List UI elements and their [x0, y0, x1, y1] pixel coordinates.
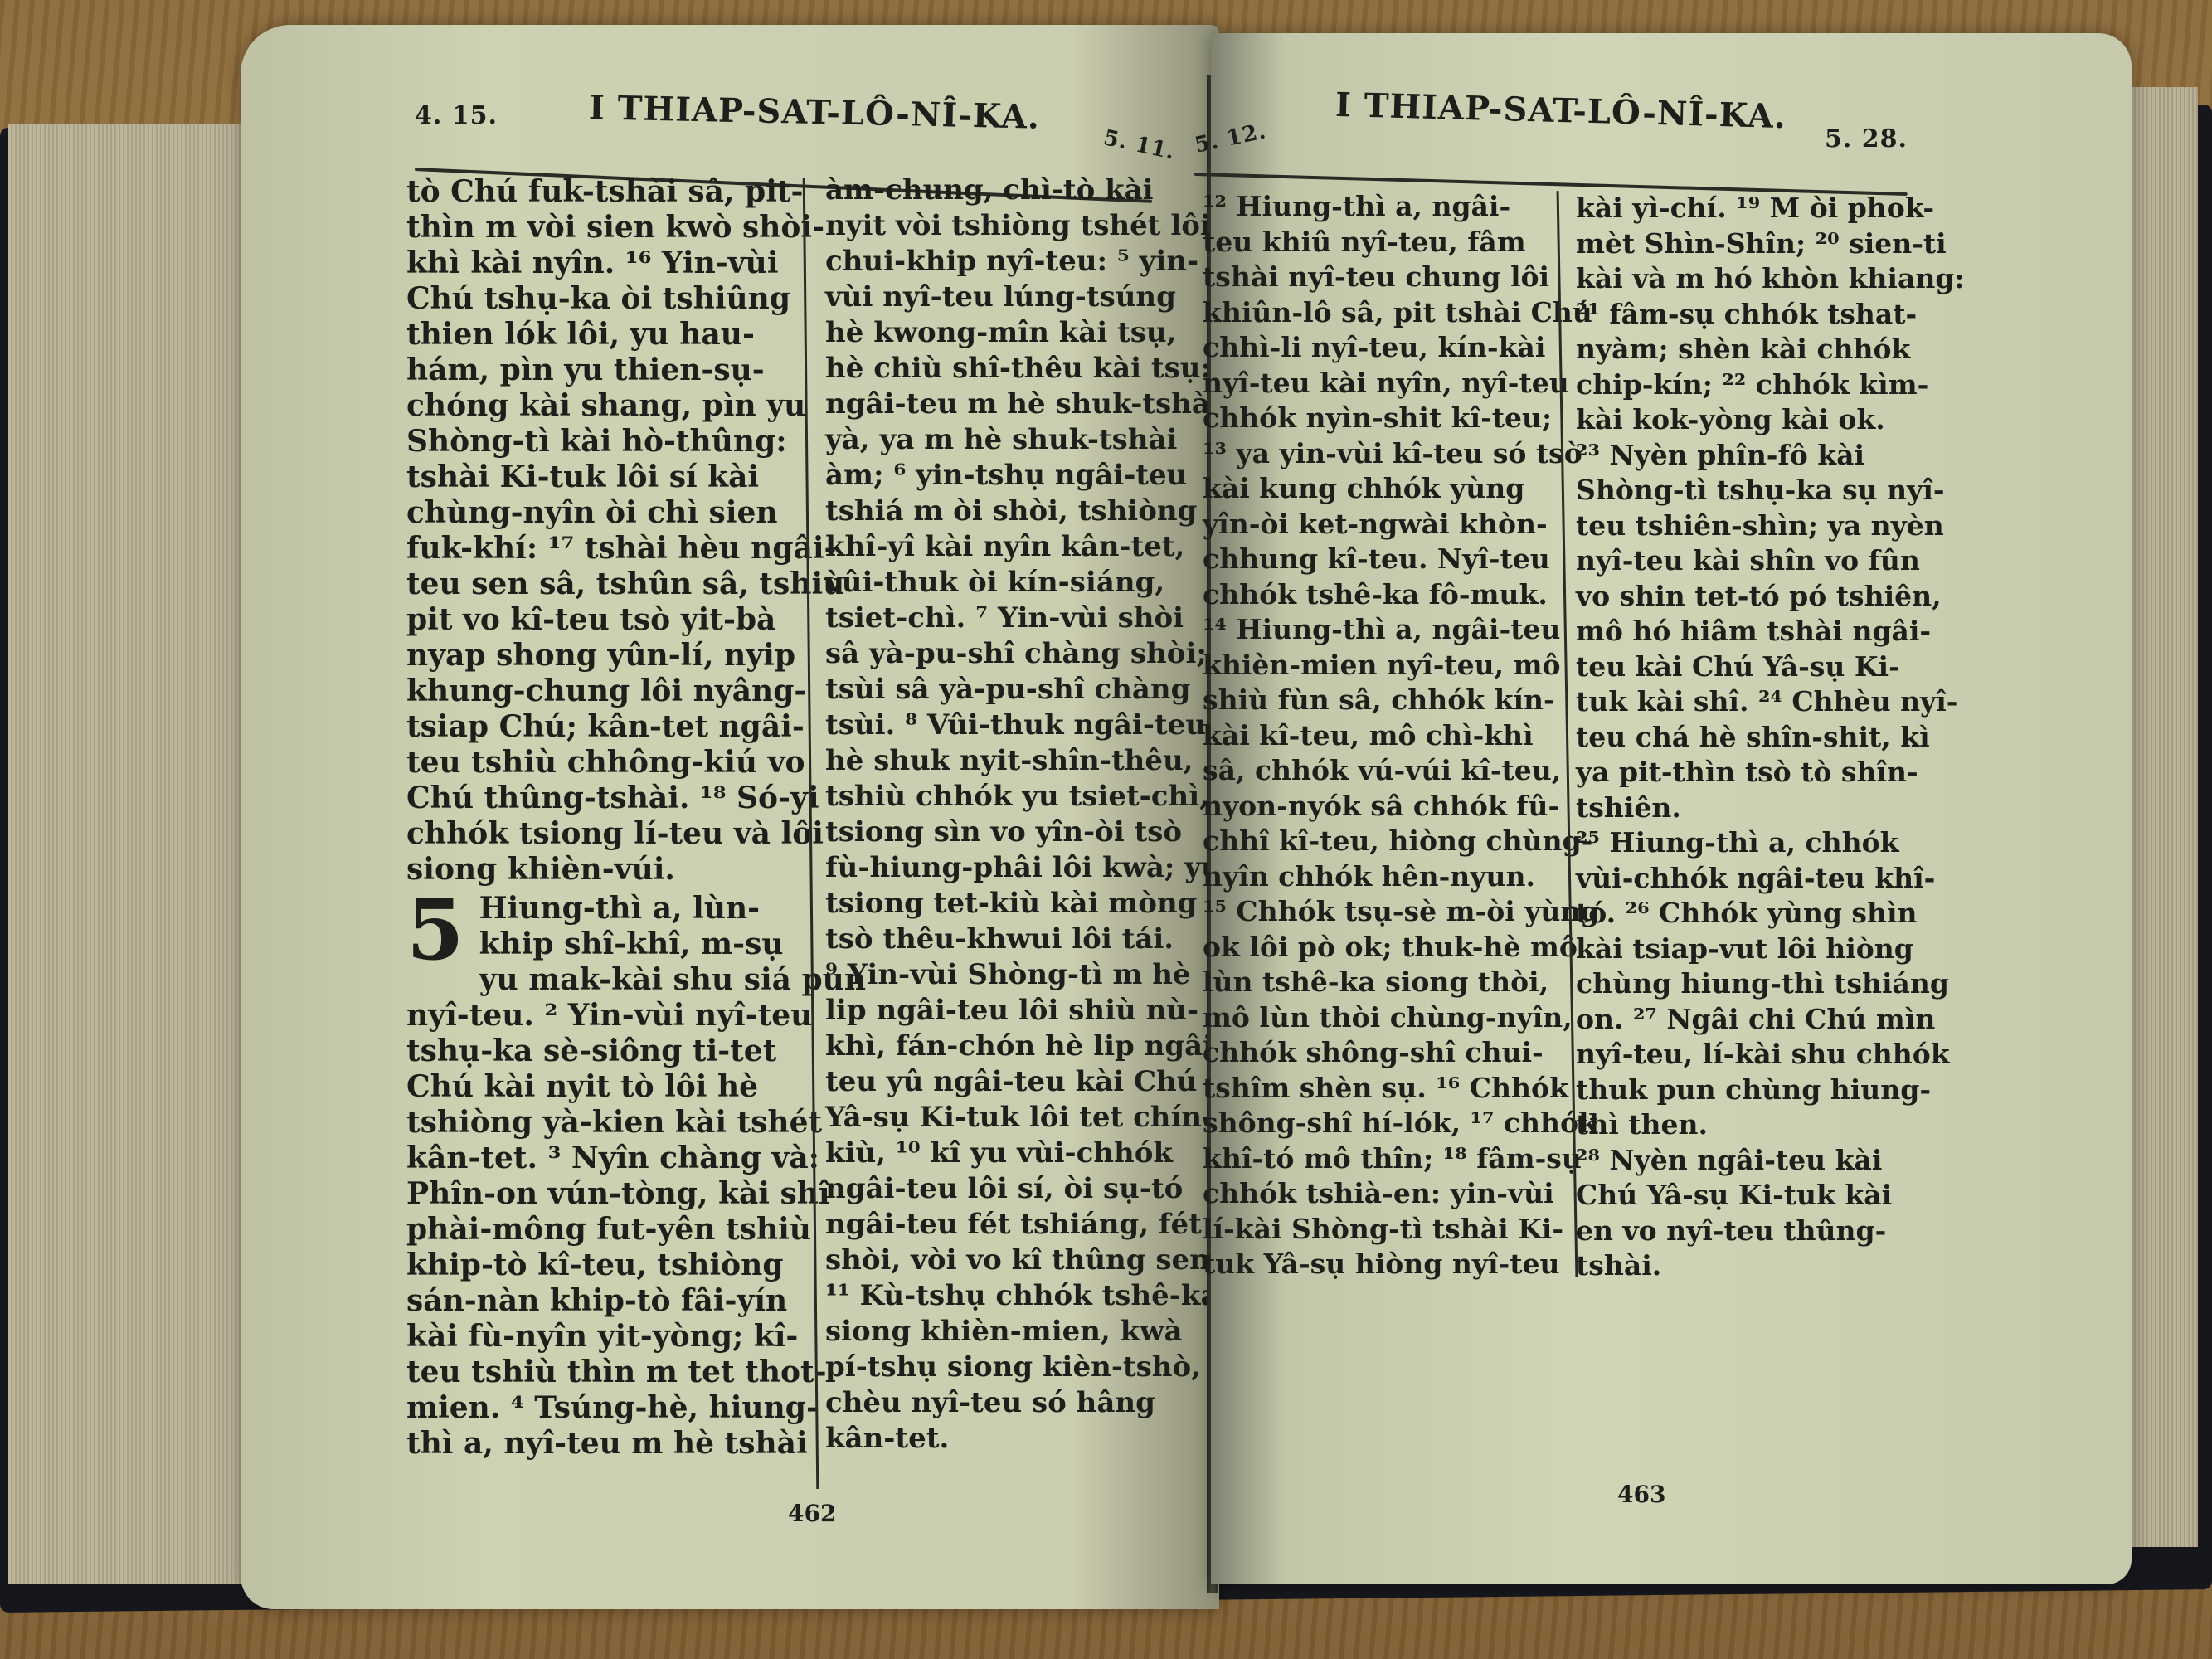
text-line: chùng hiung-thì tshiáng	[1576, 966, 1924, 1002]
text-line: kài kok-yòng kài ok.	[1576, 402, 1924, 438]
text-line: ngâi-teu lôi sí, òi sụ-tó	[825, 1171, 1207, 1207]
text-line: ⁹ Yin-vùi Shòng-tì m hè	[825, 957, 1207, 993]
text-line: ngâi-teu m hè shuk-tshài	[825, 387, 1207, 422]
text-line: hè chiù shî-thêu kài tsụ:	[825, 351, 1207, 387]
left-page-running-title: I THIAP-SAT-LÔ-NÎ-KA.	[589, 88, 1041, 136]
text-line: tshîm shèn sụ. ¹⁶ Chhók	[1203, 1071, 1555, 1107]
right-page: 5. 12. I THIAP-SAT-LÔ-NÎ-KA. 5. 28. ¹² H…	[1211, 33, 2132, 1584]
text-line: chhì-li nyî-teu, kín-kài	[1203, 330, 1555, 366]
text-line: tshài Ki-tuk lôi sí kài	[406, 460, 796, 495]
text-line: nyî-teu kài shîn vo fûn	[1576, 543, 1924, 579]
text-line: teu tshiên-shìn; ya nyèn	[1576, 508, 1924, 544]
left-page-column-2: àm-chung, chì-tò kàinyit vòi tshiòng tsh…	[825, 173, 1207, 1457]
text-line: nyon-nyók sâ chhók fû-	[1203, 789, 1555, 825]
text-line: Yâ-sụ Ki-tuk lôi tet chín-	[825, 1100, 1207, 1136]
text-line: tsiong sìn vo yîn-òi tsò	[825, 815, 1207, 850]
text-line: ok lôi pò ok; thuk-hè mô	[1203, 930, 1555, 966]
text-line: hám, pìn yu thien-sụ-	[406, 353, 796, 388]
text-line: nyit vòi tshiòng tshét lôi	[825, 208, 1207, 244]
text-line: tshiù chhók yu tsiet-chì,	[825, 779, 1207, 815]
text-line: thì then.	[1576, 1107, 1924, 1143]
text-line: shông-shî hí-lók, ¹⁷ chhók	[1203, 1106, 1555, 1141]
text-line: Chú tshụ-ka òi tshiûng	[406, 281, 796, 317]
text-line: ²³ Nyèn phîn-fô kài	[1576, 438, 1924, 474]
text-line: chèu nyî-teu só hâng	[825, 1385, 1207, 1421]
text-line: chùng-nyîn òi chì sien	[406, 495, 796, 531]
text-line: teu kài Chú Yâ-sụ Ki-	[1576, 649, 1924, 685]
text-line: àm; ⁶ yin-tshụ ngâi-teu	[825, 458, 1207, 494]
text-line: khung-chung lôi nyâng-	[406, 674, 796, 709]
text-line: khì, fán-chón hè lip ngâi-	[825, 1029, 1207, 1064]
text-line: vùi-chhók ngâi-teu khî-	[1576, 861, 1924, 897]
text-line: teu yû ngâi-teu kài Chú	[825, 1064, 1207, 1100]
text-line: chhî kî-teu, hiòng chùng-	[1203, 824, 1555, 859]
text-line: shiù fùn sâ, chhók kín-	[1203, 683, 1555, 718]
text-line: tó. ²⁶ Chhók yùng shìn	[1576, 896, 1924, 932]
text-line: sán-nàn khip-tò fâi-yín	[406, 1283, 796, 1319]
text-line: Chú thûng-tshài. ¹⁸ Só-yi	[406, 781, 796, 816]
text-line: teu tshiù chhông-kiú vo	[406, 745, 796, 781]
text-line: kân-tet.	[825, 1421, 1207, 1457]
text-line: ¹¹ Kù-tshụ chhók tshê-ka	[825, 1278, 1207, 1314]
text-line: khì kài nyîn. ¹⁶ Yin-vùi	[406, 246, 796, 281]
right-page-verse-ref-end: 5. 28.	[1825, 124, 1908, 153]
text-line: ²¹ fâm-sụ chhók tshat-	[1576, 297, 1924, 333]
text-line: tsiap Chú; kân-tet ngâi-	[406, 709, 796, 745]
text-line: tsùi sâ yà-pu-shî chàng	[825, 672, 1207, 708]
text-line: chhung kî-teu. Nyî-teu	[1203, 542, 1555, 577]
text-line: chui-khip nyî-teu: ⁵ yin-	[825, 244, 1207, 280]
text-line: teu tshiù thìn m tet thot-	[406, 1355, 796, 1390]
page-number-463: 463	[1617, 1481, 1665, 1508]
text-line: khî-tó mô thîn; ¹⁸ fâm-sụ	[1203, 1141, 1555, 1177]
text-line: tuk Yâ-sụ hiòng nyî-teu	[1203, 1247, 1555, 1282]
text-line: hè shuk nyit-shîn-thêu,	[825, 743, 1207, 779]
text-line: lùn tshê-ka siong thòi,	[1203, 965, 1555, 1000]
text-line: kài kung chhók yùng	[1203, 471, 1555, 507]
text-line: tsùi. ⁸ Vûi-thuk ngâi-teu	[825, 708, 1207, 743]
text-line: khiûn-lô sâ, pit tshài Chú	[1203, 295, 1555, 331]
text-line: khî-yî kài nyîn kân-tet,	[825, 529, 1207, 565]
text-line: nyî-teu, lí-kài shu chhók	[1576, 1037, 1924, 1073]
text-line: kân-tet. ³ Nyîn chàng và:	[406, 1141, 796, 1176]
column-text: àm-chung, chì-tò kàinyit vòi tshiòng tsh…	[825, 173, 1207, 1457]
text-line: vùi nyî-teu lúng-tsúng	[825, 280, 1207, 315]
text-line: kài tsiap-vut lôi hiòng	[1576, 932, 1924, 967]
left-page-column-1: tò Chú fuk-tshài sâ, pit-thìn m vòi sien…	[406, 174, 796, 1462]
column-text: ¹² Hiung-thì a, ngâi-teu khiû nyî-teu, f…	[1203, 189, 1555, 1282]
text-line: on. ²⁷ Ngâi chi Chú mìn	[1576, 1002, 1924, 1038]
text-line: tshiá m òi shòi, tshiòng	[825, 494, 1207, 529]
text-line: ¹³ ya yin-vùi kî-teu só tsò	[1203, 436, 1555, 472]
text-line: khip-tò kî-teu, tshiòng	[406, 1248, 796, 1283]
text-line: Chú Yâ-sụ Ki-tuk kài	[1576, 1178, 1924, 1214]
text-line: tshài.	[1576, 1248, 1924, 1284]
column-text: tò Chú fuk-tshài sâ, pit-thìn m vòi sien…	[406, 174, 796, 888]
text-line: thien lók lôi, yu hau-	[406, 317, 796, 353]
text-line: mien. ⁴ Tsúng-hè, hiung-	[406, 1390, 796, 1426]
text-line: shòi, vòi vo kî thûng sen.	[825, 1243, 1207, 1278]
column-text: kài yì-chí. ¹⁹ M òi phok-mèt Shìn-Shîn; …	[1576, 191, 1924, 1284]
text-line: sâ, chhók vú-vúi kî-teu,	[1203, 753, 1555, 789]
text-line: khip shî-khî, m-sụ	[406, 927, 796, 962]
text-line: tsiet-chì. ⁷ Yin-vùi shòi	[825, 601, 1207, 636]
text-line: hè kwong-mîn kài tsụ,	[825, 315, 1207, 351]
text-line: teu chá hè shîn-shit, kì	[1576, 720, 1924, 756]
text-line: Chú kài nyit tò lôi hè	[406, 1069, 796, 1105]
text-line: tuk kài shî. ²⁴ Chhèu nyî-	[1576, 684, 1924, 720]
text-line: mèt Shìn-Shîn; ²⁰ sien-ti	[1576, 226, 1924, 262]
text-line: àm-chung, chì-tò kài	[825, 173, 1207, 208]
text-line: vo shin tet-tó pó tshiên,	[1576, 579, 1924, 615]
text-line: Shòng-tì kài hò-thûng:	[406, 424, 796, 460]
text-line: mô lùn thòi chùng-nyîn,	[1203, 1000, 1555, 1036]
text-line: tshụ-ka sè-siông ti-tet	[406, 1034, 796, 1069]
text-line: khièn-mien nyî-teu, mô	[1203, 648, 1555, 684]
right-page-running-title: I THIAP-SAT-LÔ-NÎ-KA.	[1334, 85, 1787, 136]
text-line: kiù, ¹⁰ kî yu vùi-chhók	[825, 1136, 1207, 1171]
text-line: tshiên.	[1576, 791, 1924, 826]
text-line: pit vo kî-teu tsò yit-bà	[406, 602, 796, 638]
chapter-number: 5	[406, 894, 464, 966]
text-line: tò Chú fuk-tshài sâ, pit-	[406, 174, 796, 210]
text-line: ngâi-teu fét tshiáng, fét	[825, 1207, 1207, 1243]
text-line: kài fù-nyîn yit-yòng; kî-	[406, 1319, 796, 1355]
text-line: pí-tshụ siong kièn-tshò,	[825, 1350, 1207, 1385]
text-line: nyàm; shèn kài chhók	[1576, 332, 1924, 367]
text-line: nyap shong yûn-lí, nyip	[406, 638, 796, 674]
left-page: 4. 15. I THIAP-SAT-LÔ-NÎ-KA. 5. 11. tò C…	[241, 25, 1219, 1609]
text-line: teu khiû nyî-teu, fâm	[1203, 225, 1555, 260]
text-line: kài yì-chí. ¹⁹ M òi phok-	[1576, 191, 1924, 226]
left-page-verse-ref-end: 5. 11.	[1101, 125, 1178, 165]
right-page-column-1: ¹² Hiung-thì a, ngâi-teu khiû nyî-teu, f…	[1203, 189, 1555, 1282]
text-line: nyîn chhók hên-nyun.	[1203, 859, 1555, 895]
text-line: chip-kín; ²² chhók kìm-	[1576, 367, 1924, 403]
text-line: tshiòng yà-kien kài tshét	[406, 1105, 796, 1141]
text-line: ¹⁴ Hiung-thì a, ngâi-teu	[1203, 612, 1555, 648]
text-line: thuk pun chùng hiung-	[1576, 1073, 1924, 1108]
text-line: chóng kài shang, pìn yu	[406, 388, 796, 424]
text-line: fù-hiung-phâi lôi kwà; yu	[825, 850, 1207, 886]
text-line: tshài nyî-teu chung lôi	[1203, 260, 1555, 295]
text-line: chhók nyìn-shit kî-teu;	[1203, 401, 1555, 436]
text-line: nyî-teu kài nyîn, nyî-teu	[1203, 366, 1555, 401]
text-line: chhók tshià-en: yin-vùi	[1203, 1176, 1555, 1212]
text-line: teu sen sâ, tshûn sâ, tshiù	[406, 567, 796, 602]
text-line: yîn-òi ket-ngwài khòn-	[1203, 507, 1555, 542]
text-line: kài và m hó khòn khiang:	[1576, 261, 1924, 297]
text-line: Shòng-tì tshụ-ka sụ nyî-	[1576, 473, 1924, 508]
text-line: phài-mông fut-yên tshiù	[406, 1212, 796, 1248]
text-line: mô hó hiâm tshài ngâi-	[1576, 614, 1924, 649]
text-line: nyî-teu. ² Yin-vùi nyî-teu	[406, 998, 796, 1034]
text-line: ¹² Hiung-thì a, ngâi-	[1203, 189, 1555, 225]
text-line: ²⁸ Nyèn ngâi-teu kài	[1576, 1143, 1924, 1179]
text-line: chhók tsiong lí-teu và lôi	[406, 816, 796, 852]
text-line: fuk-khí: ¹⁷ tshài hèu ngâi-	[406, 531, 796, 567]
right-page-column-2: kài yì-chí. ¹⁹ M òi phok-mèt Shìn-Shîn; …	[1576, 191, 1924, 1284]
chapter-5-start: 5 Hiung-thì a, lùn-khip shî-khî, m-sụyu …	[406, 891, 796, 1462]
text-line: sâ yà-pu-shî chàng shòi;	[825, 636, 1207, 672]
text-line: ya pit-thìn tsò tò shîn-	[1576, 755, 1924, 791]
chapter-text: Hiung-thì a, lùn-khip shî-khî, m-sụyu ma…	[406, 891, 796, 1462]
text-line: en vo nyî-teu thûng-	[1576, 1214, 1924, 1249]
left-page-verse-ref-start: 4. 15.	[415, 101, 498, 130]
text-line: thì a, nyî-teu m hè tshài	[406, 1426, 796, 1462]
text-line: thìn m vòi sien kwò shòi-	[406, 210, 796, 246]
text-line: lip ngâi-teu lôi shiù nù-	[825, 993, 1207, 1029]
text-line: chhók shông-shî chui-	[1203, 1035, 1555, 1071]
text-line: siong khièn-mien, kwà	[825, 1314, 1207, 1350]
text-line: ²⁵ Hiung-thì a, chhók	[1576, 825, 1924, 861]
text-line: lí-kài Shòng-tì tshài Ki-	[1203, 1212, 1555, 1248]
text-line: vûi-thuk òi kín-siáng,	[825, 565, 1207, 601]
text-line: ¹⁵ Chhók tsụ-sè m-òi yùng	[1203, 894, 1555, 930]
text-line: Phîn-on vún-tòng, kài shî	[406, 1176, 796, 1212]
text-line: yu mak-kài shu siá pun	[406, 962, 796, 998]
text-line: Hiung-thì a, lùn-	[406, 891, 796, 927]
text-line: yà, ya m hè shuk-tshài	[825, 422, 1207, 458]
text-line: tsò thêu-khwui lôi tái.	[825, 922, 1207, 957]
text-line: tsiong tet-kiù kài mòng	[825, 886, 1207, 922]
page-number-462: 462	[788, 1500, 836, 1527]
text-line: chhók tshê-ka fô-muk.	[1203, 577, 1555, 613]
text-line: kài kî-teu, mô chì-khì	[1203, 718, 1555, 754]
text-line: siong khièn-vúi.	[406, 852, 796, 888]
